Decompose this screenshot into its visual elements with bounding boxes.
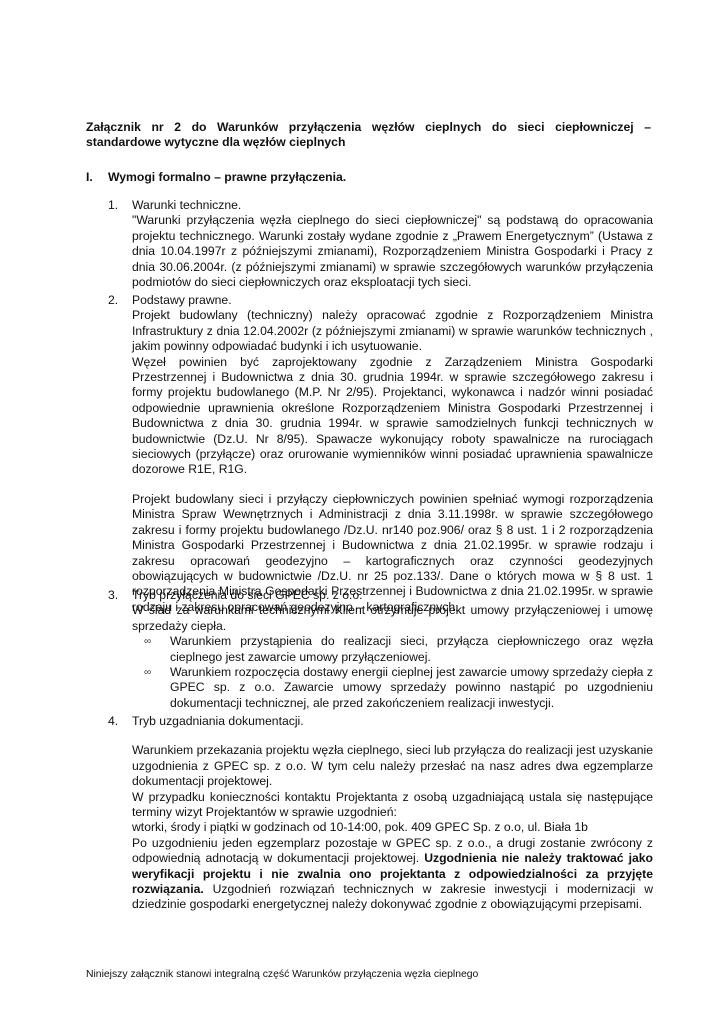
document-page: Załącznik nr 2 do Warunków przyłączenia … [0,0,724,1024]
title-line-2: standardowe wytyczne dla węzłów cieplnyc… [86,135,651,150]
list-item-warunki-techniczne: 1. Warunki techniczne. "Warunki przyłącz… [108,198,653,290]
section-heading: I.Wymogi formalno – prawne przyłączenia. [86,170,346,185]
item-paragraph: Warunkiem przekazania projektu węzła cie… [132,743,653,789]
section-number: I. [86,170,108,185]
item-heading: Tryb przyłączenia do sieci GPEC sp. z o.… [132,588,653,603]
item-paragraph: Węzeł powinien być zaprojektowany zgodni… [132,355,653,478]
page-footer: Niniejszy załącznik stanowi integralną c… [86,967,478,982]
item-number: 1. [108,198,118,213]
paragraph-gap [132,729,653,743]
item-paragraph: "Warunki przyłączenia węzła cieplnego do… [132,213,653,290]
section-title: Wymogi formalno – prawne przyłączenia. [108,170,346,184]
final-tail-text: Uzgodnień rozwiązań technicznych w zakre… [132,882,653,911]
item-paragraph: W przypadku konieczności kontaktu Projek… [132,790,653,821]
item-paragraph: Projekt budowlany (techniczny) należy op… [132,308,653,354]
list-item-podstawy-prawne: 2. Podstawy prawne. Projekt budowlany (t… [108,293,653,615]
item-paragraph: wtorki, środy i piątki w godzinach od 10… [132,820,653,835]
bullet-list: ∞ Warunkiem przystąpienia do realizacji … [132,634,653,711]
infinity-bullet-icon: ∞ [144,634,151,649]
list-item-tryb-uzgadniania: 4. Tryb uzgadniania dokumentacji. Warunk… [108,714,653,913]
item-paragraph-final: Po uzgodnieniu jeden egzemplarz pozostaj… [132,836,653,913]
bullet-item: ∞ Warunkiem przystąpienia do realizacji … [144,634,653,665]
bullet-text: Warunkiem przystąpienia do realizacji si… [170,634,653,663]
title-line-1: Załącznik nr 2 do Warunków przyłączenia … [86,120,651,135]
item-number: 2. [108,293,118,308]
infinity-bullet-icon: ∞ [144,665,151,680]
item-number: 4. [108,714,118,729]
paragraph-gap [132,478,653,492]
document-title: Załącznik nr 2 do Warunków przyłączenia … [86,120,651,151]
item-heading: Podstawy prawne. [132,293,653,308]
list-item-tryb-przylaczenia: 3. Tryb przyłączenia do sieci GPEC sp. z… [108,588,653,711]
item-paragraph: W ślad za warunkami technicznymi Klient … [132,603,653,634]
item-number: 3. [108,588,118,603]
bullet-text: Warunkiem rozpoczęcia dostawy energii ci… [170,665,653,710]
bullet-item: ∞ Warunkiem rozpoczęcia dostawy energii … [144,665,653,711]
item-heading: Warunki techniczne. [132,198,653,213]
item-heading: Tryb uzgadniania dokumentacji. [132,714,653,729]
